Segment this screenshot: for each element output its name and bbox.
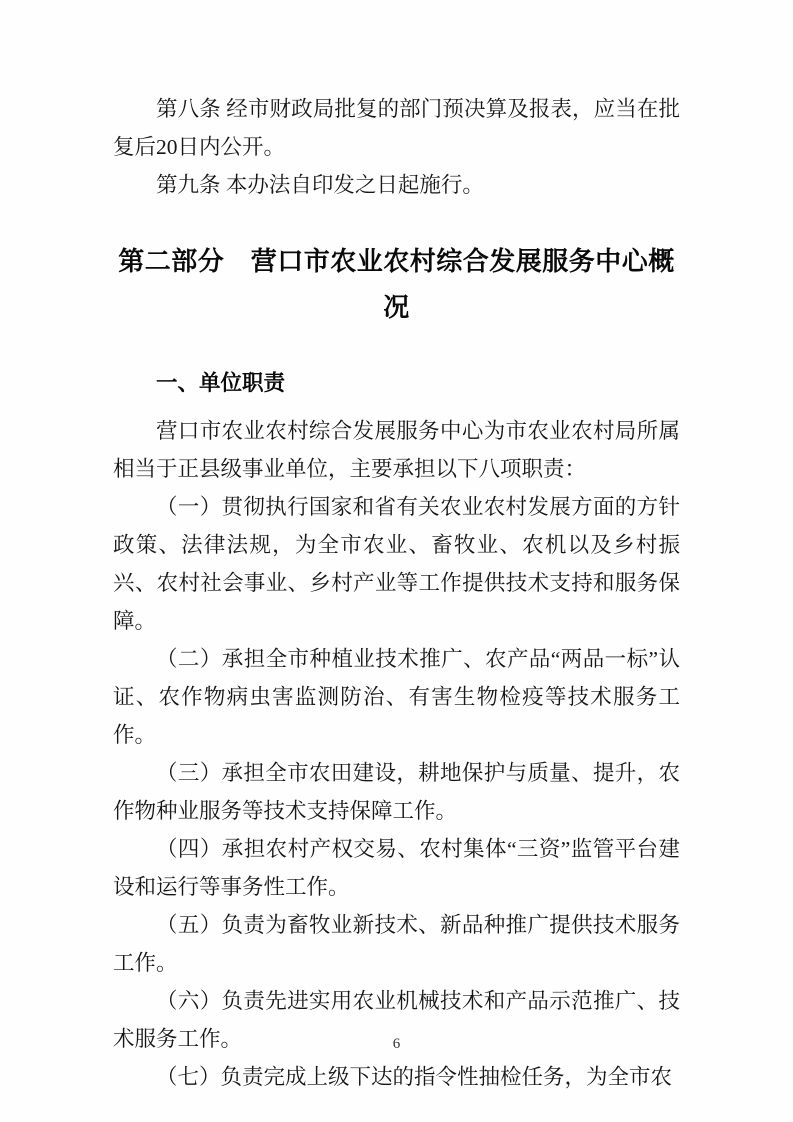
paragraph: （二）承担全市种植业技术推广、农产品“两品一标”认证、农作物病虫害监测防治、有害…	[113, 640, 680, 754]
sub-heading: 一、单位职责	[113, 364, 680, 402]
page-number: 6	[0, 1036, 793, 1053]
paragraph: 营口市农业农村综合发展服务中心为市农业农村局所属相当于正县级事业单位，主要承担以…	[113, 412, 680, 488]
paragraph: 第九条 本办法自印发之日起施行。	[113, 166, 680, 204]
section-heading: 第二部分 营口市农业农村综合发展服务中心概况	[113, 238, 680, 330]
paragraph: 第八条 经市财政局批复的部门预决算及报表，应当在批复后20日内公开。	[113, 90, 680, 166]
paragraph: （三）承担全市农田建设，耕地保护与质量、提升，农作物种业服务等技术支持保障工作。	[113, 754, 680, 830]
paragraph: （四）承担农村产权交易、农村集体“三资”监管平台建设和运行等事务性工作。	[113, 830, 680, 906]
paragraph: （五）负责为畜牧业新技术、新品种推广提供技术服务工作。	[113, 906, 680, 982]
paragraph: （七）负责完成上级下达的指令性抽检任务，为全市农	[113, 1058, 680, 1096]
document-page: 第八条 经市财政局批复的部门预决算及报表，应当在批复后20日内公开。第九条 本办…	[0, 0, 793, 1122]
document-body: 第八条 经市财政局批复的部门预决算及报表，应当在批复后20日内公开。第九条 本办…	[113, 90, 680, 1096]
paragraph: （一）贯彻执行国家和省有关农业农村发展方面的方针政策、法律法规，为全市农业、畜牧…	[113, 488, 680, 640]
